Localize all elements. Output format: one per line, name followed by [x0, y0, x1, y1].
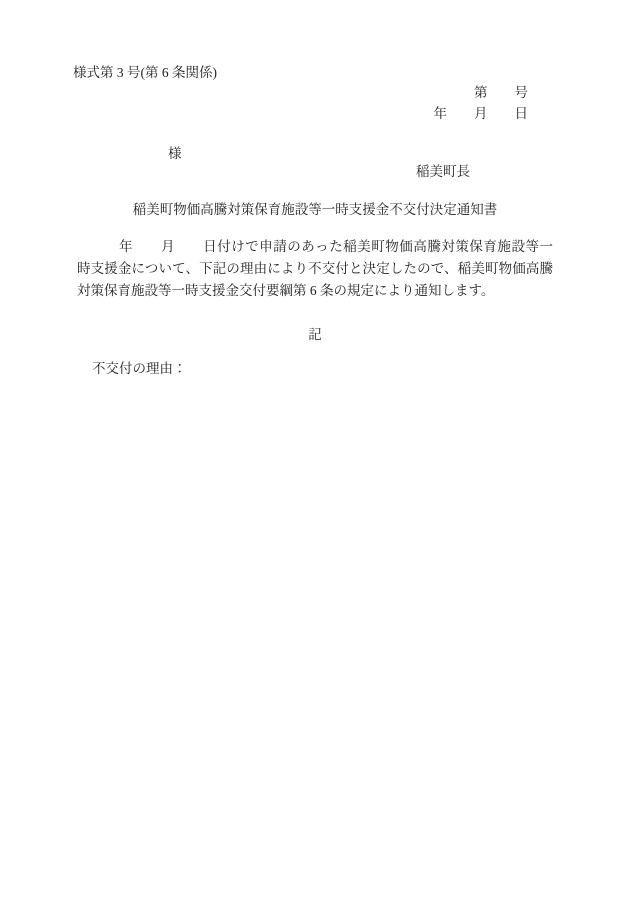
body-line-1: 年 月 日付けで申請のあった稲美町物価高騰対策保育施設等一: [77, 236, 553, 258]
body-line-2: 時支援金について、下記の理由により不交付と決定したので、稲美町物価高騰: [77, 258, 553, 280]
body-paragraph: 年 月 日付けで申請のあった稲美町物価高騰対策保育施設等一 時支援金について、下…: [77, 236, 553, 302]
date-line: 年 月 日: [434, 106, 529, 122]
document-number-line: 第 号: [474, 85, 528, 101]
body-line-3: 対策保育施設等一時支援金交付要綱第 6 条の規定により通知します。: [77, 280, 553, 302]
record-marker: 記: [0, 327, 630, 343]
sender-title: 稲美町長: [416, 164, 470, 180]
reason-label: 不交付の理由：: [92, 361, 187, 377]
document-page: 様式第 3 号(第 6 条関係) 第 号 年 月 日 様 稲美町長 稲美町物価高…: [0, 0, 630, 903]
form-number: 様式第 3 号(第 6 条関係): [73, 65, 217, 81]
document-title: 稲美町物価高騰対策保育施設等一時支援金不交付決定通知書: [0, 202, 630, 218]
addressee-honorific: 様: [168, 146, 182, 162]
